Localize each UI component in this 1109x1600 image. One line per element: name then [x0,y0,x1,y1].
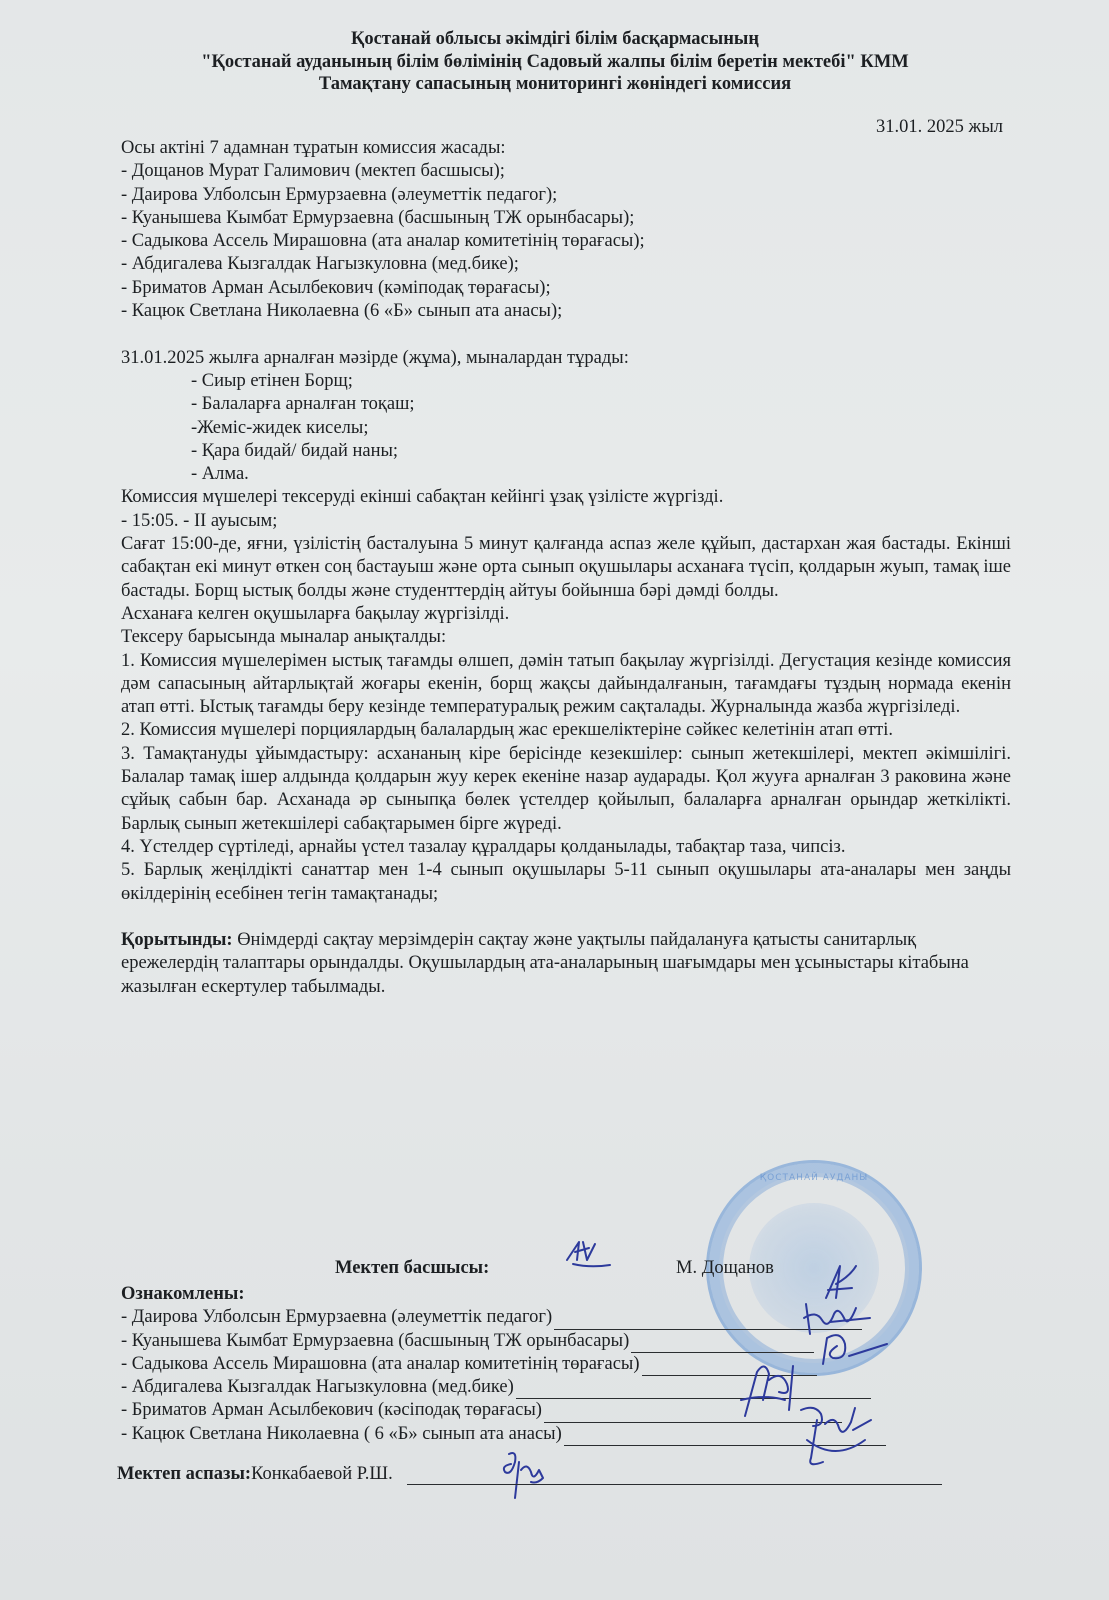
director-name: М. Дощанов [676,1258,774,1279]
ack-person: - Куанышева Кымбат Ермурзаевна (басшының… [121,1330,629,1353]
spacer [121,323,1011,346]
scanned-document-page: Қостанай облысы әкімдігі білім басқармас… [0,0,1109,1600]
signature-line [631,1334,814,1353]
finding-item: 1. Комиссия мүшелерімен ыстық тағамды өл… [121,650,1011,720]
inspection-paragraph: Асханаға келген оқушыларға бақылау жүргі… [121,603,1011,626]
ack-person: - Кацюк Светлана Николаевна ( 6 «Б» сыны… [121,1423,562,1446]
finding-item: 5. Барлық жеңілдікті санаттар мен 1-4 сы… [121,859,1011,906]
ack-row: - Даирова Улболсын Ермурзаевна (әлеуметт… [121,1306,1021,1329]
commission-intro: Осы актіні 7 адамнан тұратын комиссия жа… [121,137,1011,160]
menu-item: - Қара бидай/ бидай наны; [121,440,1011,463]
commission-member: - Дощанов Мурат Галимович (мектеп басшыс… [121,160,1011,183]
ack-row: - Кацюк Светлана Николаевна ( 6 «Б» сыны… [121,1423,1021,1446]
inspection-time: - 15:05. - II ауысым; [121,510,1011,533]
finding-item: 4. Үстелдер сүртіледі, арнайы үстел таза… [121,836,1011,859]
cook-name: Конкабаевой Р.Ш. [251,1464,393,1485]
menu-item: - Алма. [121,463,1011,486]
handwritten-signature-1 [822,1262,862,1302]
menu-item: - Балаларға арналған тоқаш; [121,393,1011,416]
spacer [121,906,1011,929]
handwritten-signature-5 [795,1400,875,1470]
header-line-1: Қостанай облысы әкімдігі білім басқармас… [100,28,1010,51]
document-header: Қостанай облысы әкімдігі білім басқармас… [100,28,1010,96]
inspection-paragraph: Комиссия мүшелері тексеруді екінші сабақ… [121,486,1011,509]
signature-line [407,1466,942,1485]
conclusion-label: Қорытынды: [121,930,233,950]
cook-label: Мектеп аспазы: [117,1464,251,1485]
commission-member: - Даирова Улболсын Ермурзаевна (әлеуметт… [121,184,1011,207]
commission-member: - Садыкова Ассель Мирашовна (ата аналар … [121,230,1011,253]
document-date: 31.01. 2025 жыл [876,117,1003,138]
header-line-3: Тамақтану сапасының мониторингі жөніндег… [100,73,1010,96]
menu-item: - Сиыр етінен Борщ; [121,370,1011,393]
ack-person: - Садыкова Ассель Мирашовна (ата аналар … [121,1353,640,1376]
ack-row: - Бриматов Арман Асылбекович (кәсіподақ … [121,1399,1021,1422]
commission-member: - Куанышева Кымбат Ермурзаевна (басшының… [121,207,1011,230]
director-signature [565,1238,615,1268]
conclusion: Қорытынды: Өнімдерді сақтау мерзімдерін … [121,929,991,999]
header-line-2: "Қостанай ауданының білім бөлімінің Садо… [100,51,1010,74]
commission-member: - Кацюк Светлана Николаевна (6 «Б» сынып… [121,300,1011,323]
commission-member: - Абдигалева Кызгалдак Нагызкуловна (мед… [121,253,1011,276]
ack-person: - Даирова Улболсын Ермурзаевна (әлеуметт… [121,1306,552,1329]
document-body: Осы актіні 7 адамнан тұратын комиссия жа… [121,137,1011,999]
conclusion-text: Өнімдерді сақтау мерзімдерін сақтау және… [121,930,969,997]
ack-person: - Бриматов Арман Асылбекович (кәсіподақ … [121,1399,542,1422]
commission-member: - Бриматов Арман Асылбекович (кәміподақ … [121,277,1011,300]
menu-item: -Жеміс-жидек киселы; [121,417,1011,440]
director-signature-block: Мектеп басшысы: М. Дощанов [335,1258,489,1279]
cook-signature-block: Мектеп аспазы: Конкабаевой Р.Ш. [117,1464,942,1485]
finding-item: 3. Тамақтануды ұйымдастыру: асхананың кі… [121,743,1011,836]
finding-item: 2. Комиссия мүшелері порциялардың балала… [121,719,1011,742]
stamp-ring-text: ҚОСТАНАЙ АУДАНЫ [709,1173,919,1183]
acknowledgement-title: Ознакомлены: [121,1283,1021,1306]
ack-person: - Абдигалева Кызгалдак Нагызкуловна (мед… [121,1376,514,1399]
inspection-paragraph: Тексеру барысында мыналар анықталды: [121,626,1011,649]
inspection-paragraph: Сағат 15:00-де, яғни, үзілістің басталуы… [121,533,1011,603]
menu-intro: 31.01.2025 жылға арналған мәзірде (жұма)… [121,347,1011,370]
ack-row: - Абдигалева Кызгалдак Нагызкуловна (мед… [121,1376,1021,1399]
director-label: Мектеп басшысы: [335,1258,489,1278]
